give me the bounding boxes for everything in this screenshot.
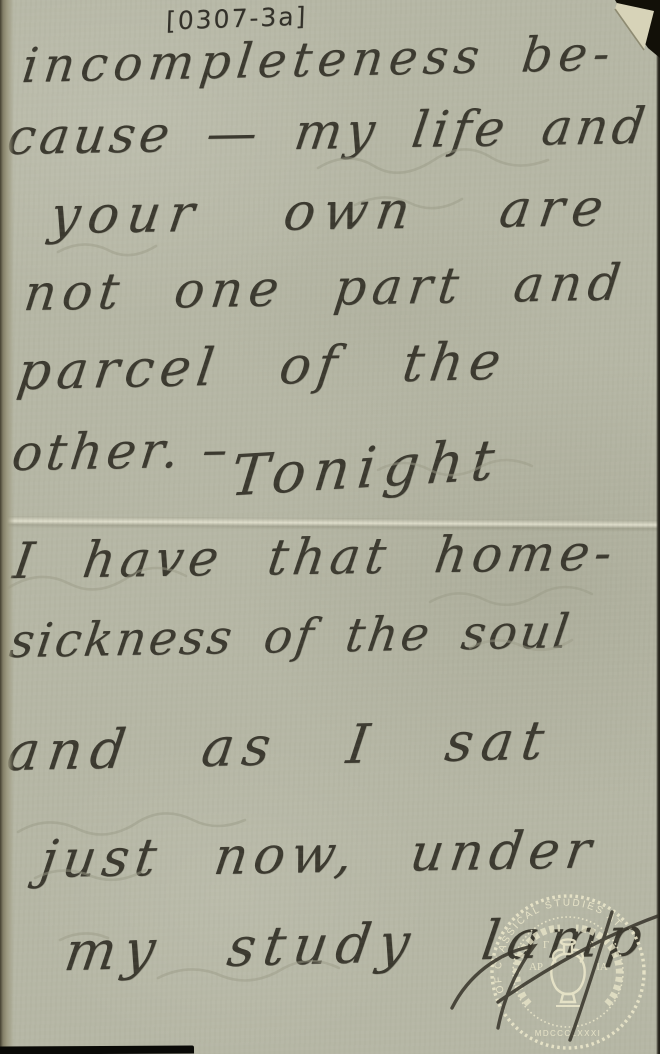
handwriting-line: not one part and	[21, 253, 630, 322]
scan-edge-right	[656, 0, 660, 1054]
catalog-label: [0307-3a]	[166, 2, 308, 36]
svg-text:OF CLASSICAL STUDIES AT: OF CLASSICAL STUDIES AT	[493, 898, 624, 995]
embossed-seal: OF CLASSICAL STUDIES AT Γ Δ ΑΡ ΙΑ MDCCCL…	[486, 892, 652, 1054]
handwriting-line: other. –	[9, 420, 235, 482]
handwriting-line: your own are	[46, 178, 615, 246]
seal-greek-right: ΙΑ	[596, 961, 608, 973]
seal-greek-left: ΑΡ	[529, 961, 543, 973]
seal-greek-top-right: Δ	[588, 939, 595, 951]
scan-edge-left	[0, 0, 14, 1054]
scan-black-bar	[0, 1045, 194, 1054]
handwriting-line: sickness of the soul	[6, 604, 575, 669]
handwriting-line: I have that home-	[10, 524, 621, 591]
handwriting-line: cause — my life and	[4, 97, 653, 166]
seal-date-text: MDCCCLXXXI	[535, 1029, 601, 1038]
handwriting-line: and as I sat	[3, 709, 555, 784]
seal-ring-text: OF CLASSICAL STUDIES AT	[493, 898, 624, 995]
handwriting-line: just now, under	[37, 820, 601, 890]
seal-greek-top-left: Γ	[543, 939, 549, 951]
folded-corner	[560, 0, 660, 100]
handwriting-line: parcel of the	[14, 332, 511, 402]
